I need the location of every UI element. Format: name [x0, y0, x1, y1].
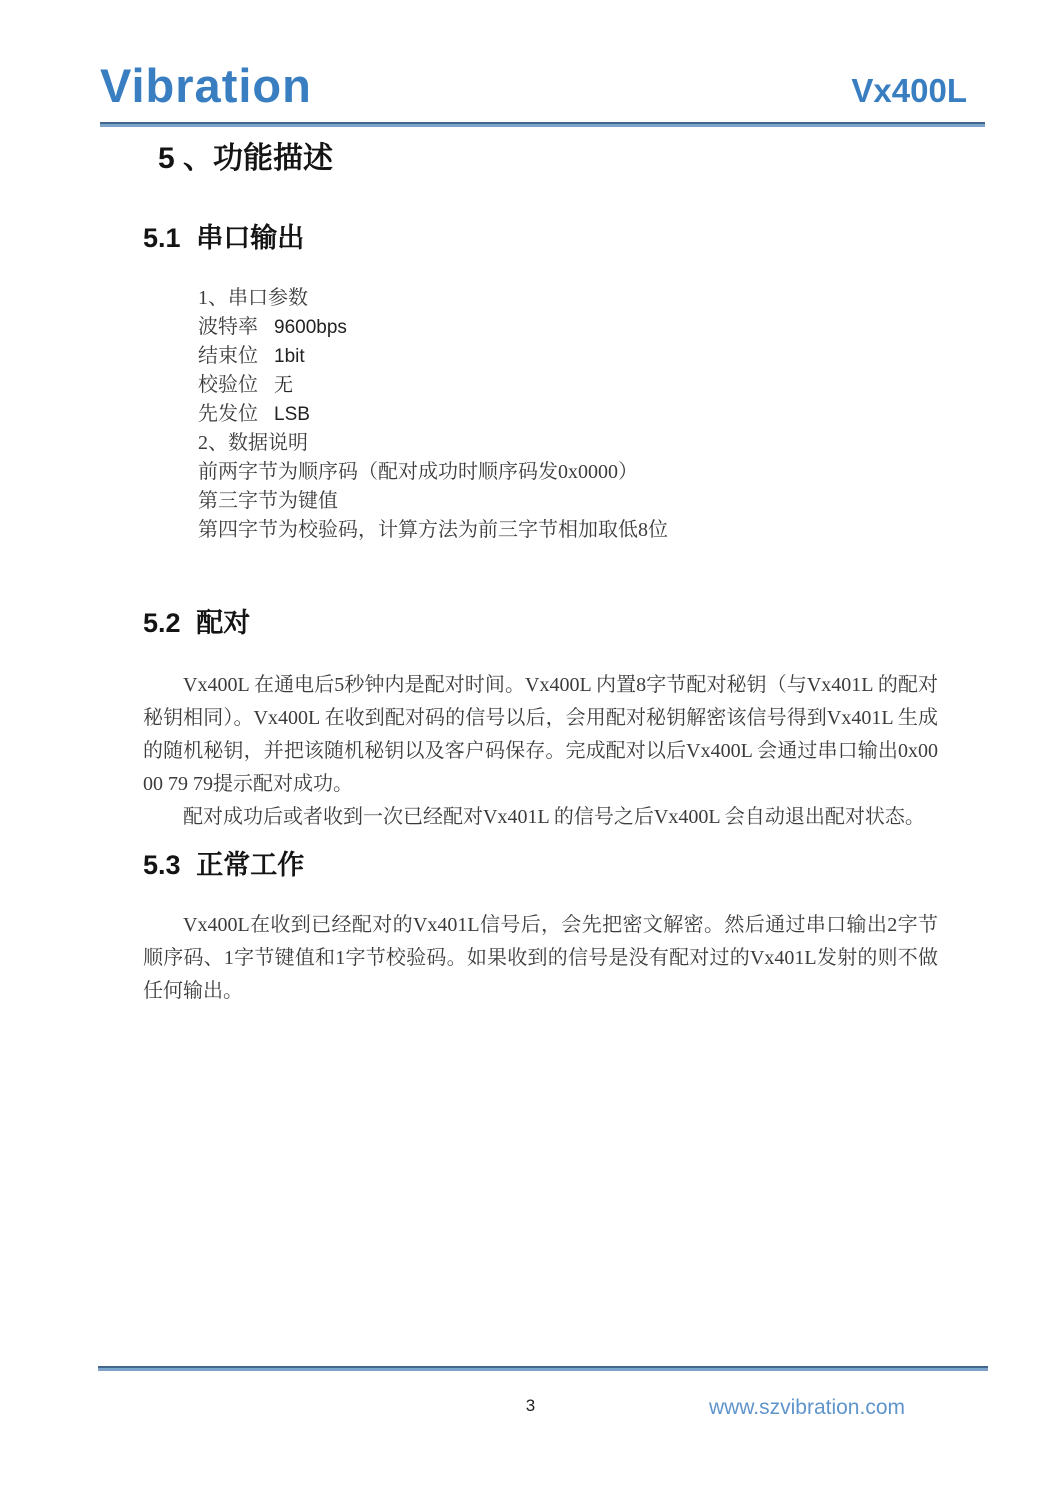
section-5-3-heading-text: 正常工作: [196, 850, 304, 880]
data-note-line: 第四字节为校验码，计算方法为前三字节相加取低8位: [198, 516, 938, 545]
data-note-line: 前两字节为顺序码（配对成功时顺序码发0x0000）: [198, 458, 938, 487]
normal-operation-paragraph: Vx400L在收到已经配对的Vx401L信号后，会先把密文解密。然后通过串口输出…: [143, 909, 938, 1008]
param-value: 9600bps: [274, 313, 347, 342]
param-label: 校验位: [198, 371, 274, 400]
serial-parameters-block: 1、串口参数 波特率 9600bps 结束位 1bit 校验位 无 先发位 LS…: [198, 284, 938, 545]
param-label: 结束位: [198, 342, 274, 371]
param-value: 1bit: [274, 342, 305, 371]
footer-divider: [98, 1366, 988, 1371]
header-divider: [100, 122, 985, 127]
section-5-1-number: 5.1: [143, 223, 181, 253]
param-value: LSB: [274, 400, 310, 429]
serial-params-list-title: 1、串口参数: [198, 284, 938, 313]
param-label: 波特率: [198, 313, 274, 342]
section-title-5-1: 5.1 串口输出: [143, 222, 938, 254]
page-footer: 3 www.szvibration.com: [0, 1396, 1061, 1428]
pairing-paragraph-2: 配对成功后或者收到一次已经配对Vx401L 的信号之后Vx400L 会自动退出配…: [143, 801, 938, 834]
section-5-1-heading-text: 串口输出: [196, 223, 304, 253]
section-5-2-heading-text: 配对: [196, 608, 250, 638]
param-value: 无: [274, 371, 293, 400]
pairing-paragraph-1: Vx400L 在通电后5秒钟内是配对时间。Vx400L 内置8字节配对秘钥（与V…: [143, 669, 938, 801]
brand-logo: Vibration: [100, 62, 312, 109]
product-name: Vx400L: [851, 74, 967, 109]
section-title-5: 5 、功能描述: [158, 141, 938, 177]
section-title-5-3: 5.3 正常工作: [143, 849, 938, 881]
param-label: 先发位: [198, 400, 274, 429]
website-url: www.szvibration.com: [709, 1396, 905, 1420]
section-title-5-2: 5.2 配对: [143, 607, 938, 639]
section-5-3-number: 5.3: [143, 850, 181, 880]
data-note-line: 第三字节为键值: [198, 487, 938, 516]
page-header: Vibration Vx400L: [0, 0, 985, 127]
document-page: Vibration Vx400L 5 、功能描述 5.1 串口输出 1、串口参数…: [0, 0, 1061, 1500]
data-description-list-title: 2、数据说明: [198, 429, 938, 458]
document-body: 5 、功能描述 5.1 串口输出 1、串口参数 波特率 9600bps 结束位 …: [143, 141, 938, 1008]
param-row-baud-rate: 波特率 9600bps: [198, 313, 938, 342]
param-row-first-bit: 先发位 LSB: [198, 400, 938, 429]
header-row: Vibration Vx400L: [100, 62, 985, 109]
section-5-2-number: 5.2: [143, 608, 181, 638]
param-row-stop-bit: 结束位 1bit: [198, 342, 938, 371]
param-row-parity-bit: 校验位 无: [198, 371, 938, 400]
